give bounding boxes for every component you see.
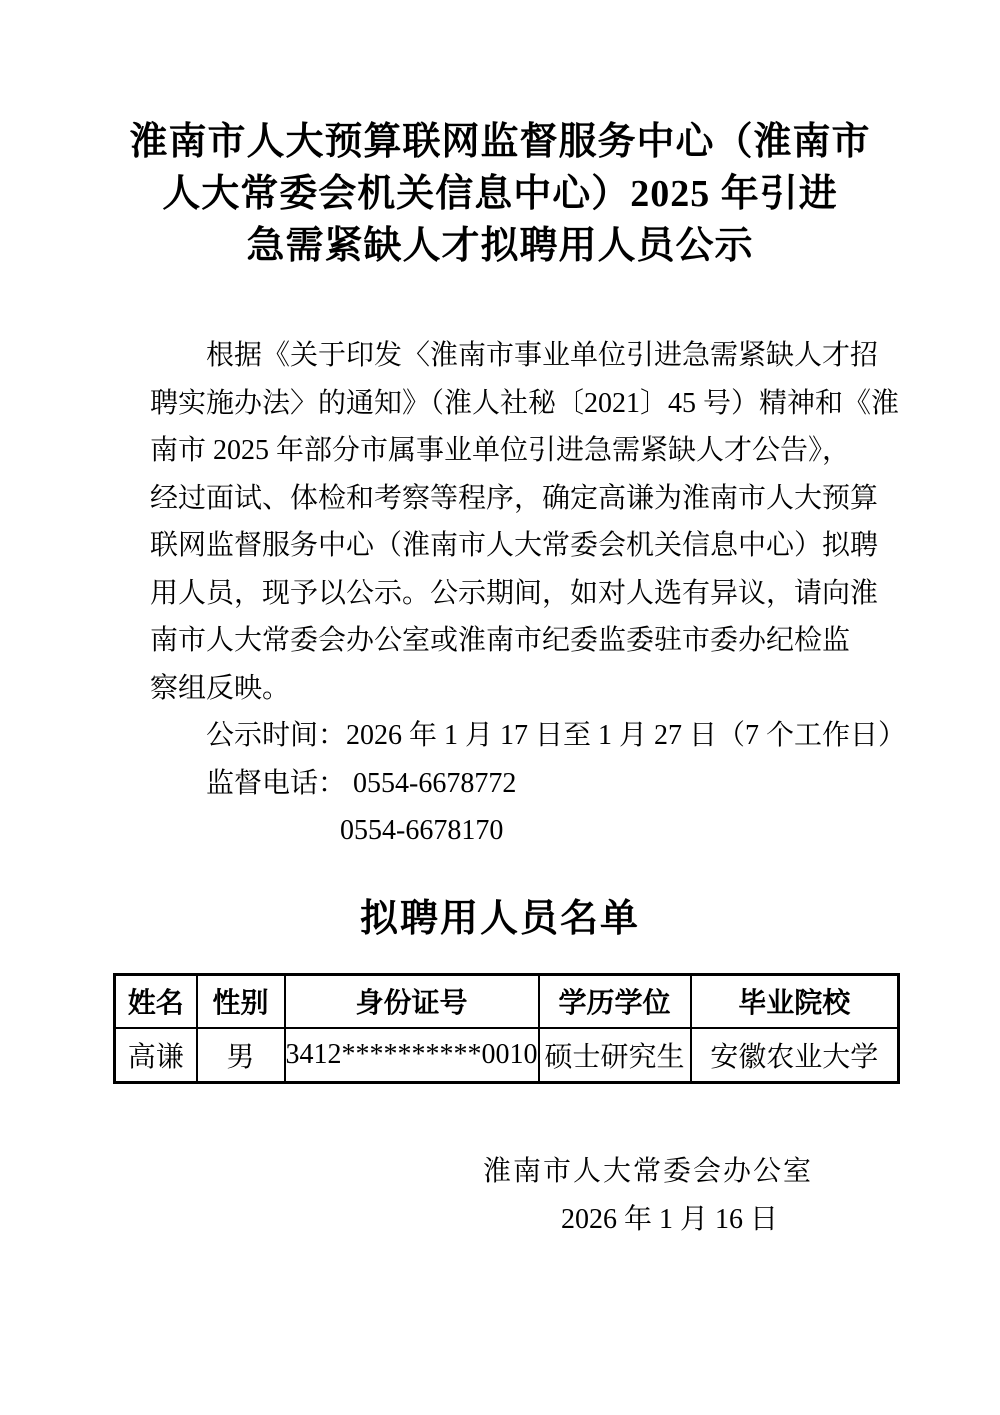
cell-degree: 硕士研究生 xyxy=(539,1028,691,1083)
body-line: 聘实施办法〉的通知》（淮人社秘〔2021〕45 号）精神和《淮 xyxy=(150,380,882,428)
cell-school: 安徽农业大学 xyxy=(691,1028,899,1083)
roster-data-row: 高谦 男 3412**********0010 硕士研究生 安徽农业大学 xyxy=(115,1028,899,1083)
document-title-line-1: 淮南市人大预算联网监督服务中心（淮南市 xyxy=(110,116,890,168)
column-header-degree: 学历学位 xyxy=(539,974,691,1028)
body-line: 南市 2025 年部分市属事业单位引进急需紧缺人才公告》， xyxy=(150,427,882,475)
issue-date: 2026 年 1 月 16 日 xyxy=(0,1196,778,1244)
document-page: 淮南市人大预算联网监督服务中心（淮南市 人大常委会机关信息中心）2025 年引进… xyxy=(0,0,1000,1415)
cell-name: 高谦 xyxy=(115,1028,197,1083)
publicity-time-line: 公示时间：2026 年 1 月 17 日至 1 月 27 日（7 个工作日） xyxy=(150,712,882,760)
roster-heading: 拟聘用人员名单 xyxy=(0,895,1000,943)
body-line: 用人员，现予以公示。公示期间，如对人选有异议，请向淮 xyxy=(150,570,882,618)
document-title: 淮南市人大预算联网监督服务中心（淮南市 人大常委会机关信息中心）2025 年引进… xyxy=(110,116,890,272)
body-line: 经过面试、体检和考察等程序，确定高谦为淮南市人大预算 xyxy=(150,475,882,523)
roster-header-row: 姓名 性别 身份证号 学历学位 毕业院校 xyxy=(115,974,899,1028)
column-header-id-number: 身份证号 xyxy=(285,974,539,1028)
supervision-phone-line-2: 0554-6678170 xyxy=(150,807,882,855)
roster-table: 姓名 性别 身份证号 学历学位 毕业院校 高谦 男 3412**********… xyxy=(113,973,900,1084)
document-title-line-2: 人大常委会机关信息中心）2025 年引进 xyxy=(110,168,890,220)
body-line: 南市人大常委会办公室或淮南市纪委监委驻市委办纪检监 xyxy=(150,617,882,665)
cell-id-number: 3412**********0010 xyxy=(285,1028,539,1083)
supervision-phone-line: 监督电话： 0554-6678772 xyxy=(150,760,882,808)
document-title-line-3: 急需紧缺人才拟聘用人员公示 xyxy=(110,220,890,272)
column-header-school: 毕业院校 xyxy=(691,974,899,1028)
column-header-name: 姓名 xyxy=(115,974,197,1028)
issuer-name: 淮南市人大常委会办公室 xyxy=(0,1148,813,1196)
body-line: 根据《关于印发〈淮南市事业单位引进急需紧缺人才招 xyxy=(150,332,882,380)
body-line: 察组反映。 xyxy=(150,665,882,713)
signature-block: 淮南市人大常委会办公室 2026 年 1 月 16 日 xyxy=(0,1148,1000,1244)
body-line: 联网监督服务中心（淮南市人大常委会机关信息中心）拟聘 xyxy=(150,522,882,570)
cell-gender: 男 xyxy=(197,1028,285,1083)
body-paragraph: 根据《关于印发〈淮南市事业单位引进急需紧缺人才招 聘实施办法〉的通知》（淮人社秘… xyxy=(150,332,882,855)
column-header-gender: 性别 xyxy=(197,974,285,1028)
